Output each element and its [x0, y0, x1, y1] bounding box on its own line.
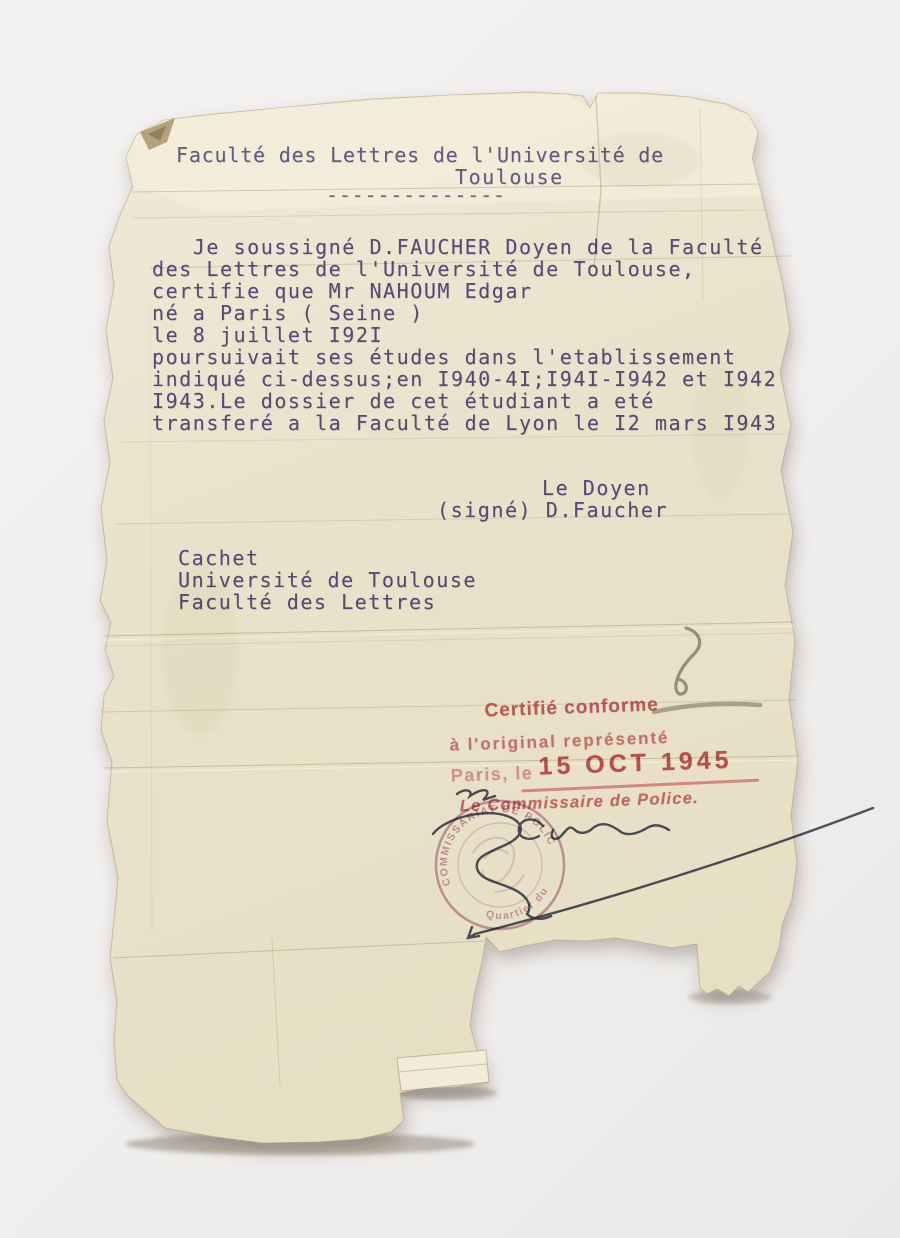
typed-body-line: des Lettres de l'Université de Toulouse,: [152, 258, 696, 280]
pencil-underline: [648, 694, 768, 720]
typed-cachet-label: Cachet: [178, 547, 260, 569]
typed-body-line: Je soussigné D.FAUCHER Doyen de la Facul…: [152, 236, 764, 258]
typed-cachet-university: Université de Toulouse: [178, 569, 477, 591]
typed-divider-dashes: --------------: [326, 184, 506, 206]
typed-header-line1: Faculté des Lettres de l'Université de: [176, 144, 664, 166]
signature-ink: [375, 778, 895, 958]
typed-body-line: I943.Le dossier de cet étudiant a eté: [152, 390, 655, 412]
photographed-document: Faculté des Lettres de l'Université de T…: [0, 0, 900, 1238]
typed-body-line: le 8 juillet I92I: [152, 324, 383, 346]
typed-body-line: indiqué ci-dessus;en I940-4I;I94I-I942 e…: [152, 368, 777, 390]
typed-signoff-name: (signé) D.Faucher: [437, 499, 668, 521]
typed-signoff-title: Le Doyen: [542, 477, 651, 499]
typed-cachet-faculty: Faculté des Lettres: [178, 591, 436, 613]
typed-body-line: poursuivait ses études dans l'etablissem…: [152, 346, 736, 368]
date-stamp: 15 OCT 1945: [538, 746, 733, 782]
typed-body-line: certifie que Mr NAHOUM Edgar: [152, 280, 533, 302]
typed-body-line: transferé a la Faculté de Lyon le I2 mar…: [152, 412, 777, 434]
typed-body-line: né a Paris ( Seine ): [152, 302, 424, 324]
